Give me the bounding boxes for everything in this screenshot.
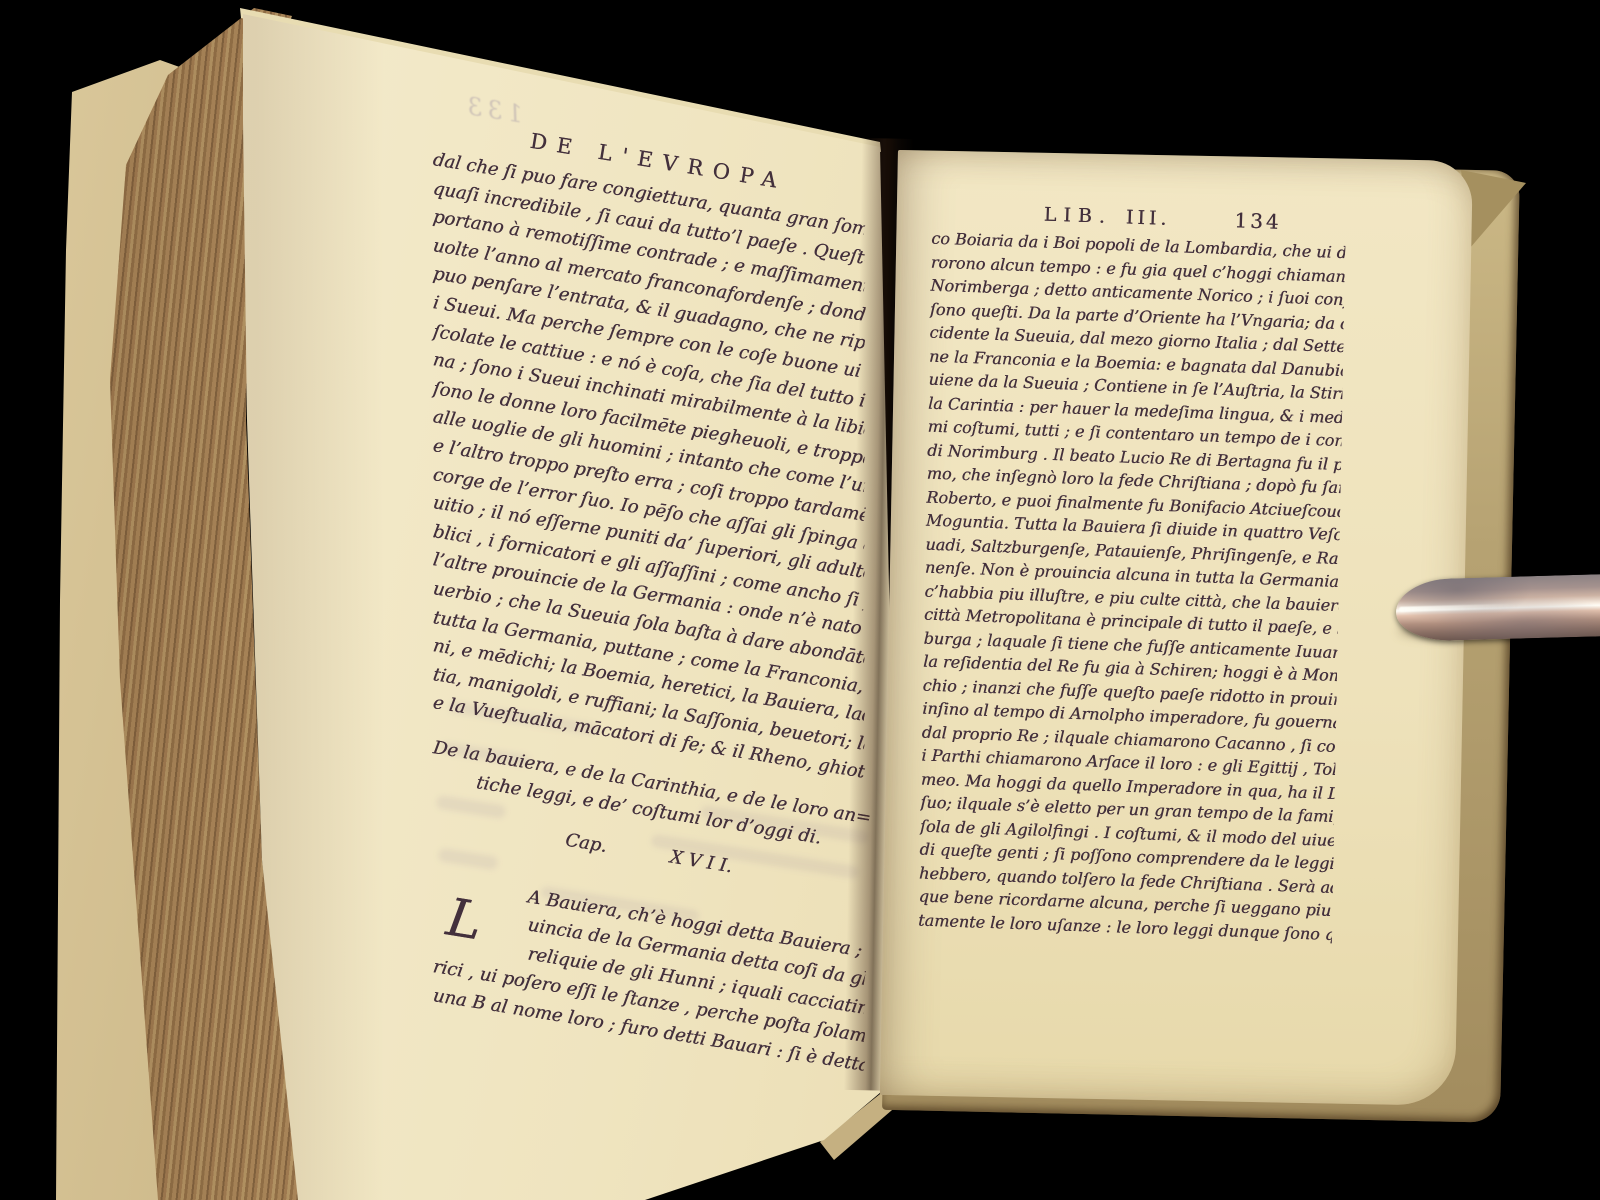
- header-book-number: III.: [1125, 206, 1170, 230]
- metal-stylus-tip: [1395, 574, 1600, 642]
- header-book-label: LIB.: [1043, 204, 1112, 228]
- right-page: LIB.III.134 co Boiaria da i Boi popoli d…: [880, 150, 1473, 1106]
- page-number: 134: [1234, 208, 1282, 234]
- left-page-text-column: DE L'EVROPA dal che ſi puo fare congiett…: [433, 110, 870, 1011]
- photo-of-open-antique-book: 133 DE L'EVROPA dal che ſi puo fare cong…: [0, 0, 1600, 1200]
- right-page-text-column: LIB.III.134 co Boiaria da i Boi popoli d…: [918, 197, 1346, 940]
- chapter-opening-paragraph: L A Bauiera, ch’è hoggi detta Bauiera ; …: [433, 868, 870, 1011]
